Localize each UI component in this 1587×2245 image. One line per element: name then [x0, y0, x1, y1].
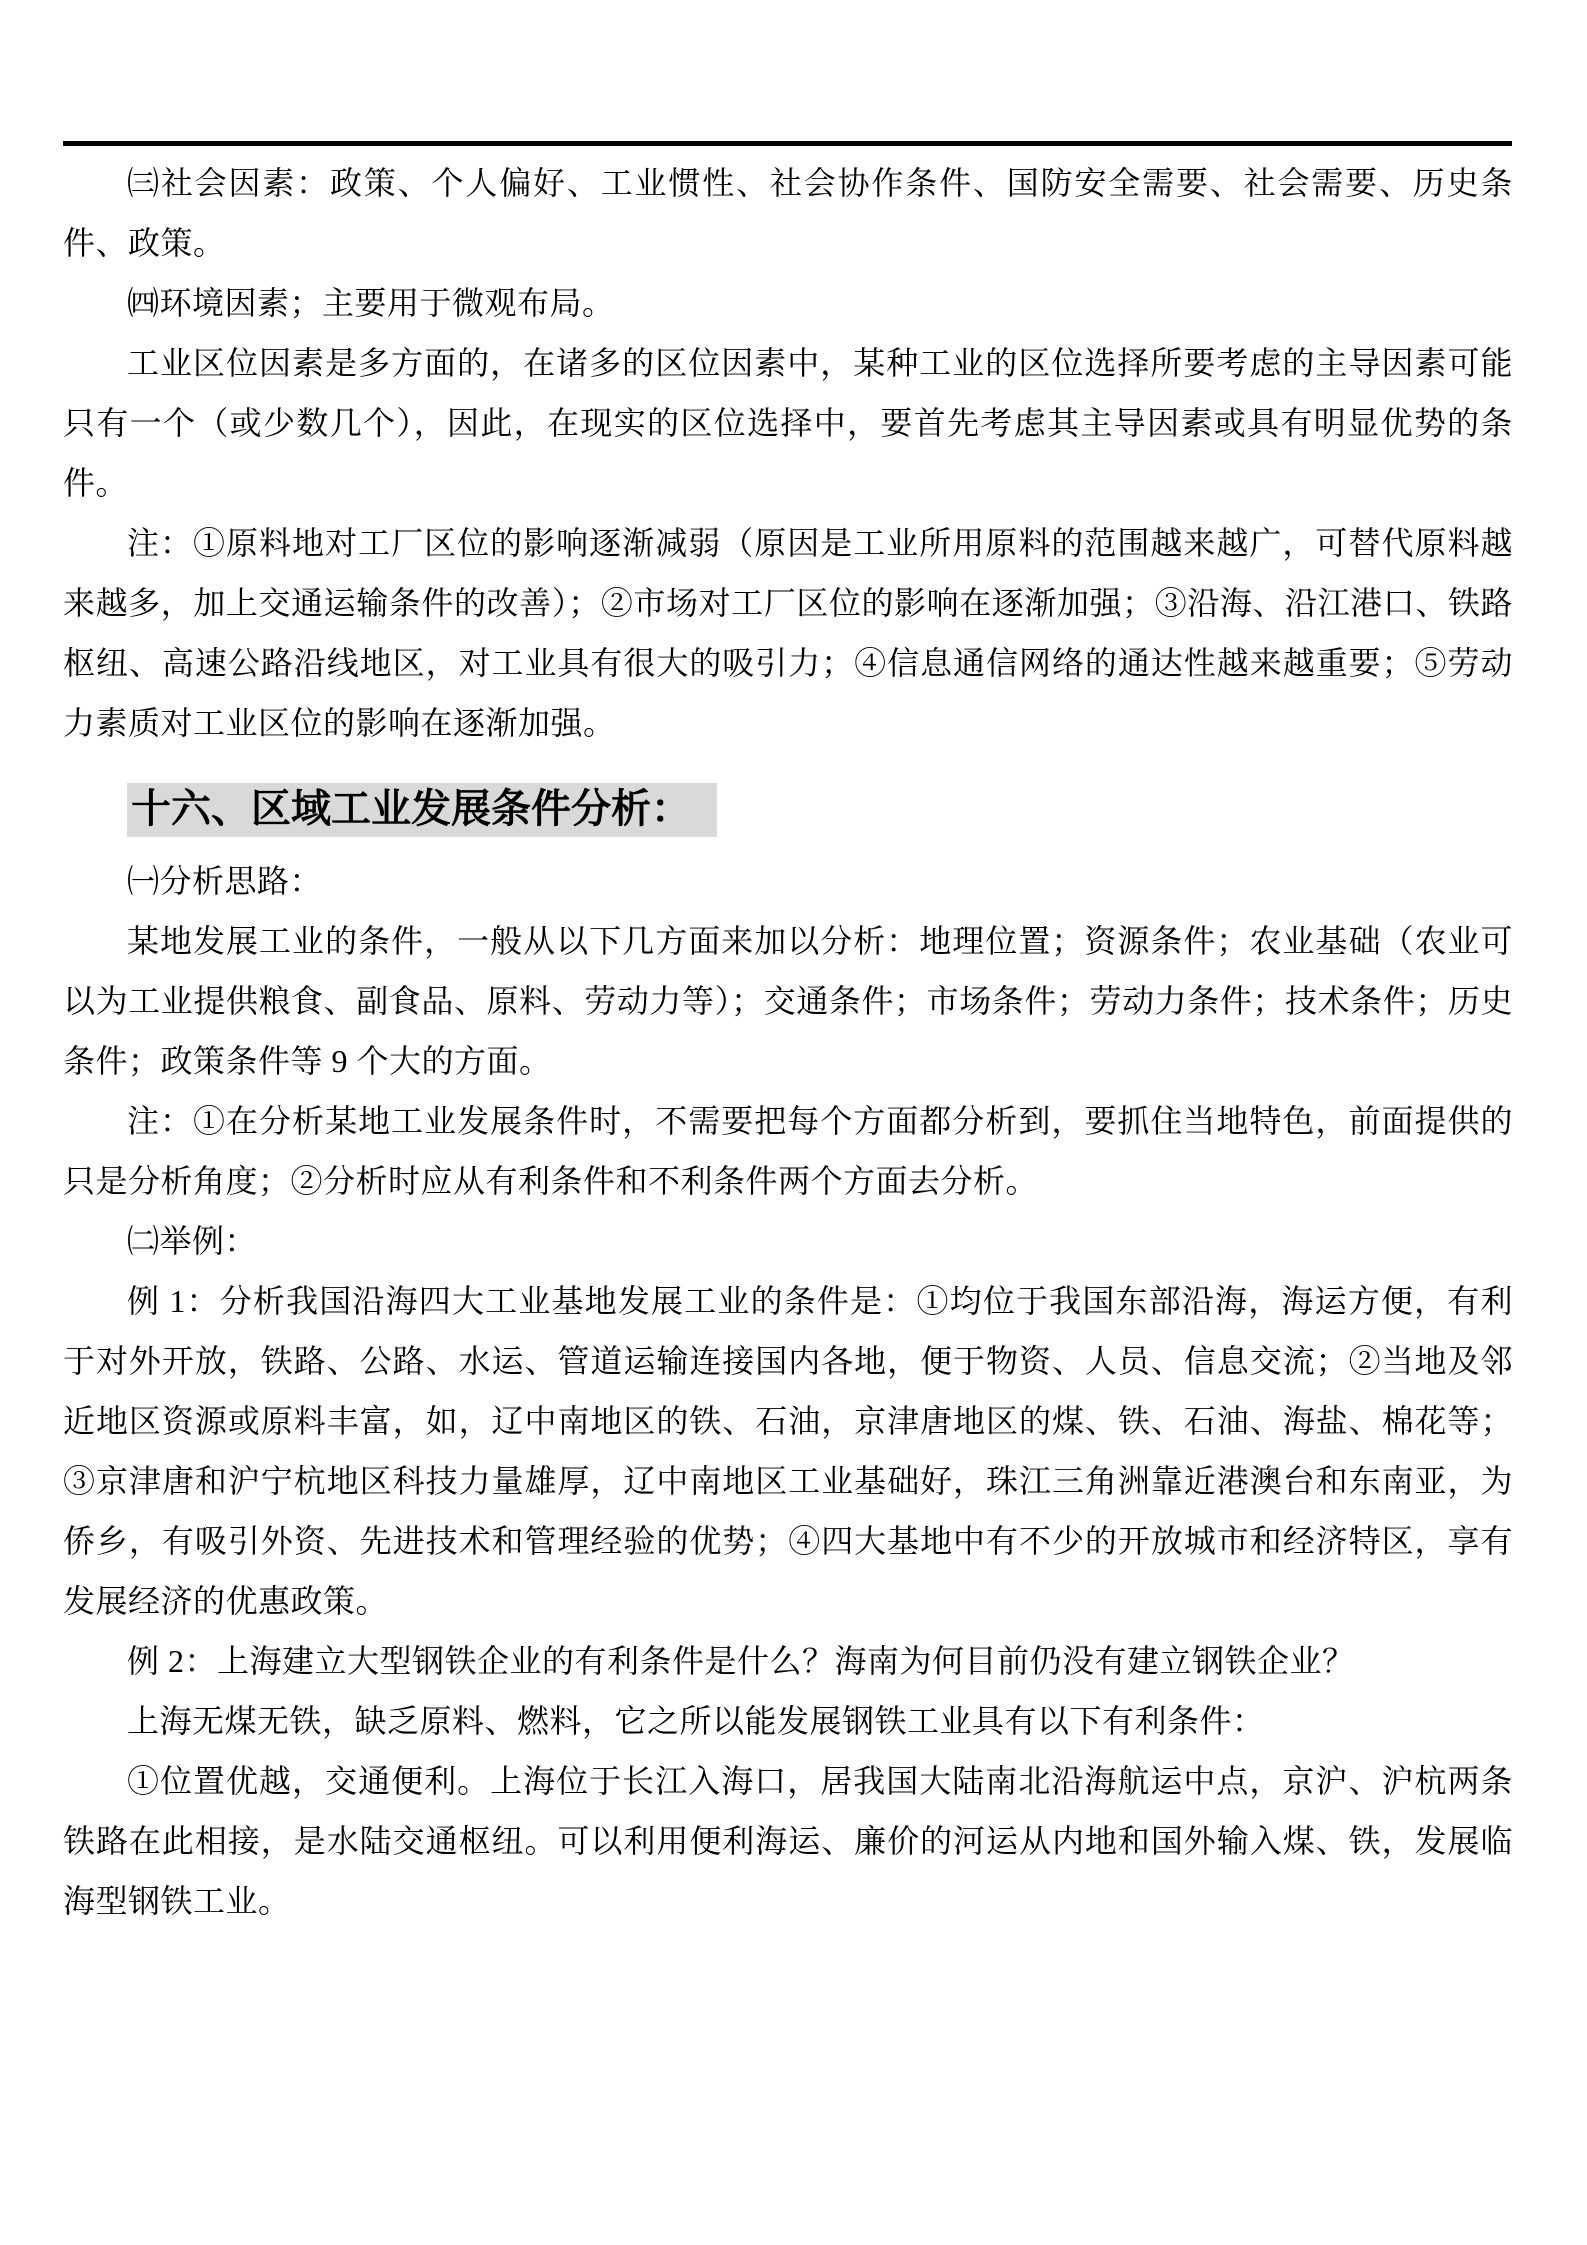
para-shanghai-condition-1: ①位置优越，交通便利。上海位于长江入海口，居我国大陆南北沿海航运中点，京沪、沪杭… — [63, 1751, 1513, 1931]
para-example-2-question: 例 2：上海建立大型钢铁企业的有利条件是什么？海南为何目前仍没有建立钢铁企业？ — [63, 1631, 1513, 1691]
para-analysis-approach-label: ㈠分析思路： — [63, 851, 1513, 911]
section-heading-16: 十六、区域工业发展条件分析： — [127, 783, 1513, 837]
document-page: ㈢社会因素：政策、个人偏好、工业惯性、社会协作条件、国防安全需要、社会需要、历史… — [0, 0, 1587, 2245]
para-industrial-location-overview: 工业区位因素是多方面的，在诸多的区位因素中，某种工业的区位选择所要考虑的主导因素… — [63, 333, 1513, 513]
header-rule-divider — [63, 141, 1512, 146]
para-note-location-trends: 注：①原料地对工厂区位的影响逐渐减弱（原因是工业所用原料的范围越来越广，可替代原… — [63, 513, 1513, 753]
para-examples-label: ㈡举例： — [63, 1211, 1513, 1271]
para-environmental-factors: ㈣环境因素；主要用于微观布局。 — [63, 273, 1513, 333]
para-shanghai-intro: 上海无煤无铁，缺乏原料、燃料，它之所以能发展钢铁工业具有以下有利条件： — [63, 1691, 1513, 1751]
para-social-factors: ㈢社会因素：政策、个人偏好、工业惯性、社会协作条件、国防安全需要、社会需要、历史… — [63, 153, 1513, 273]
para-analysis-aspects: 某地发展工业的条件，一般从以下几方面来加以分析：地理位置；资源条件；农业基础（农… — [63, 911, 1513, 1091]
para-example-1: 例 1：分析我国沿海四大工业基地发展工业的条件是：①均位于我国东部沿海，海运方便… — [63, 1271, 1513, 1631]
para-analysis-notes: 注：①在分析某地工业发展条件时，不需要把每个方面都分析到，要抓住当地特色，前面提… — [63, 1091, 1513, 1211]
document-content: ㈢社会因素：政策、个人偏好、工业惯性、社会协作条件、国防安全需要、社会需要、历史… — [63, 153, 1513, 1931]
section-heading-16-highlight: 十六、区域工业发展条件分析： — [127, 783, 717, 837]
